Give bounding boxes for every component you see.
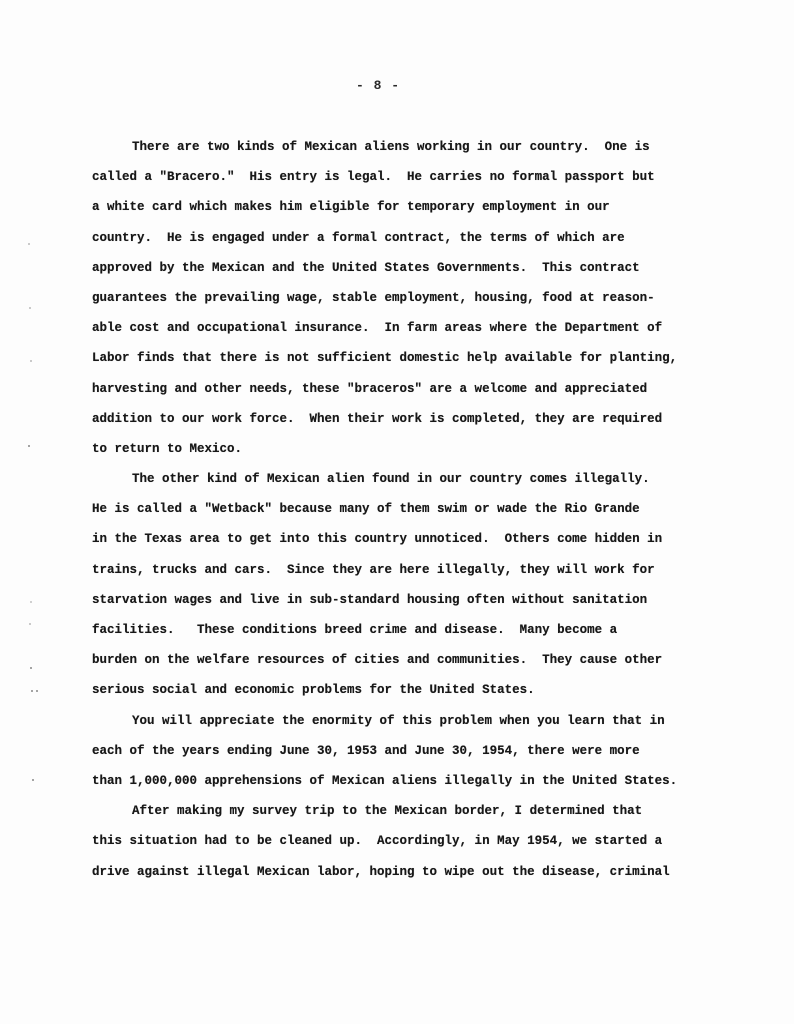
scan-speck: [31, 690, 33, 692]
scan-speck: [28, 445, 30, 447]
text-line: Labor finds that there is not sufficient…: [92, 343, 712, 373]
text-line: this situation had to be cleaned up. Acc…: [92, 826, 712, 856]
text-line: addition to our work force. When their w…: [92, 404, 712, 434]
scan-speck: [30, 360, 32, 362]
text-line: facilities. These conditions breed crime…: [92, 615, 712, 645]
paragraph-illegal-entry: The other kind of Mexican alien found in…: [92, 464, 712, 706]
text-line: than 1,000,000 apprehensions of Mexican …: [92, 766, 712, 796]
text-line: to return to Mexico.: [92, 434, 712, 464]
text-line: He is called a "Wetback" because many of…: [92, 494, 712, 524]
text-line: burden on the welfare resources of citie…: [92, 645, 712, 675]
text-line: called a "Bracero." His entry is legal. …: [92, 162, 712, 192]
text-line: trains, trucks and cars. Since they are …: [92, 555, 712, 585]
scan-speck: [36, 690, 38, 692]
scan-speck: [29, 307, 31, 309]
scan-speck: [32, 779, 34, 781]
scan-speck: [28, 243, 30, 245]
page-number: - 8 -: [0, 78, 756, 93]
paragraph-braceros: There are two kinds of Mexican aliens wo…: [92, 132, 712, 464]
text-line: guarantees the prevailing wage, stable e…: [92, 283, 712, 313]
text-line: You will appreciate the enormity of this…: [92, 706, 712, 736]
document-page: - 8 - There are two kinds of Mexican ali…: [0, 0, 794, 1024]
text-line: approved by the Mexican and the United S…: [92, 253, 712, 283]
text-line: harvesting and other needs, these "brace…: [92, 374, 712, 404]
text-line: After making my survey trip to the Mexic…: [92, 796, 712, 826]
document-body: There are two kinds of Mexican aliens wo…: [92, 132, 712, 887]
text-line: each of the years ending June 30, 1953 a…: [92, 736, 712, 766]
paragraph-apprehensions: You will appreciate the enormity of this…: [92, 706, 712, 797]
text-line: able cost and occupational insurance. In…: [92, 313, 712, 343]
text-line: a white card which makes him eligible fo…: [92, 192, 712, 222]
scan-speck: [29, 623, 31, 625]
text-line: starvation wages and live in sub-standar…: [92, 585, 712, 615]
text-line: in the Texas area to get into this count…: [92, 524, 712, 554]
scan-speck: [30, 601, 32, 603]
text-line: drive against illegal Mexican labor, hop…: [92, 857, 712, 887]
scan-speck: [30, 667, 32, 669]
text-line: country. He is engaged under a formal co…: [92, 223, 712, 253]
text-line: serious social and economic problems for…: [92, 675, 712, 705]
text-line: The other kind of Mexican alien found in…: [92, 464, 712, 494]
paragraph-drive: After making my survey trip to the Mexic…: [92, 796, 712, 887]
text-line: There are two kinds of Mexican aliens wo…: [92, 132, 712, 162]
